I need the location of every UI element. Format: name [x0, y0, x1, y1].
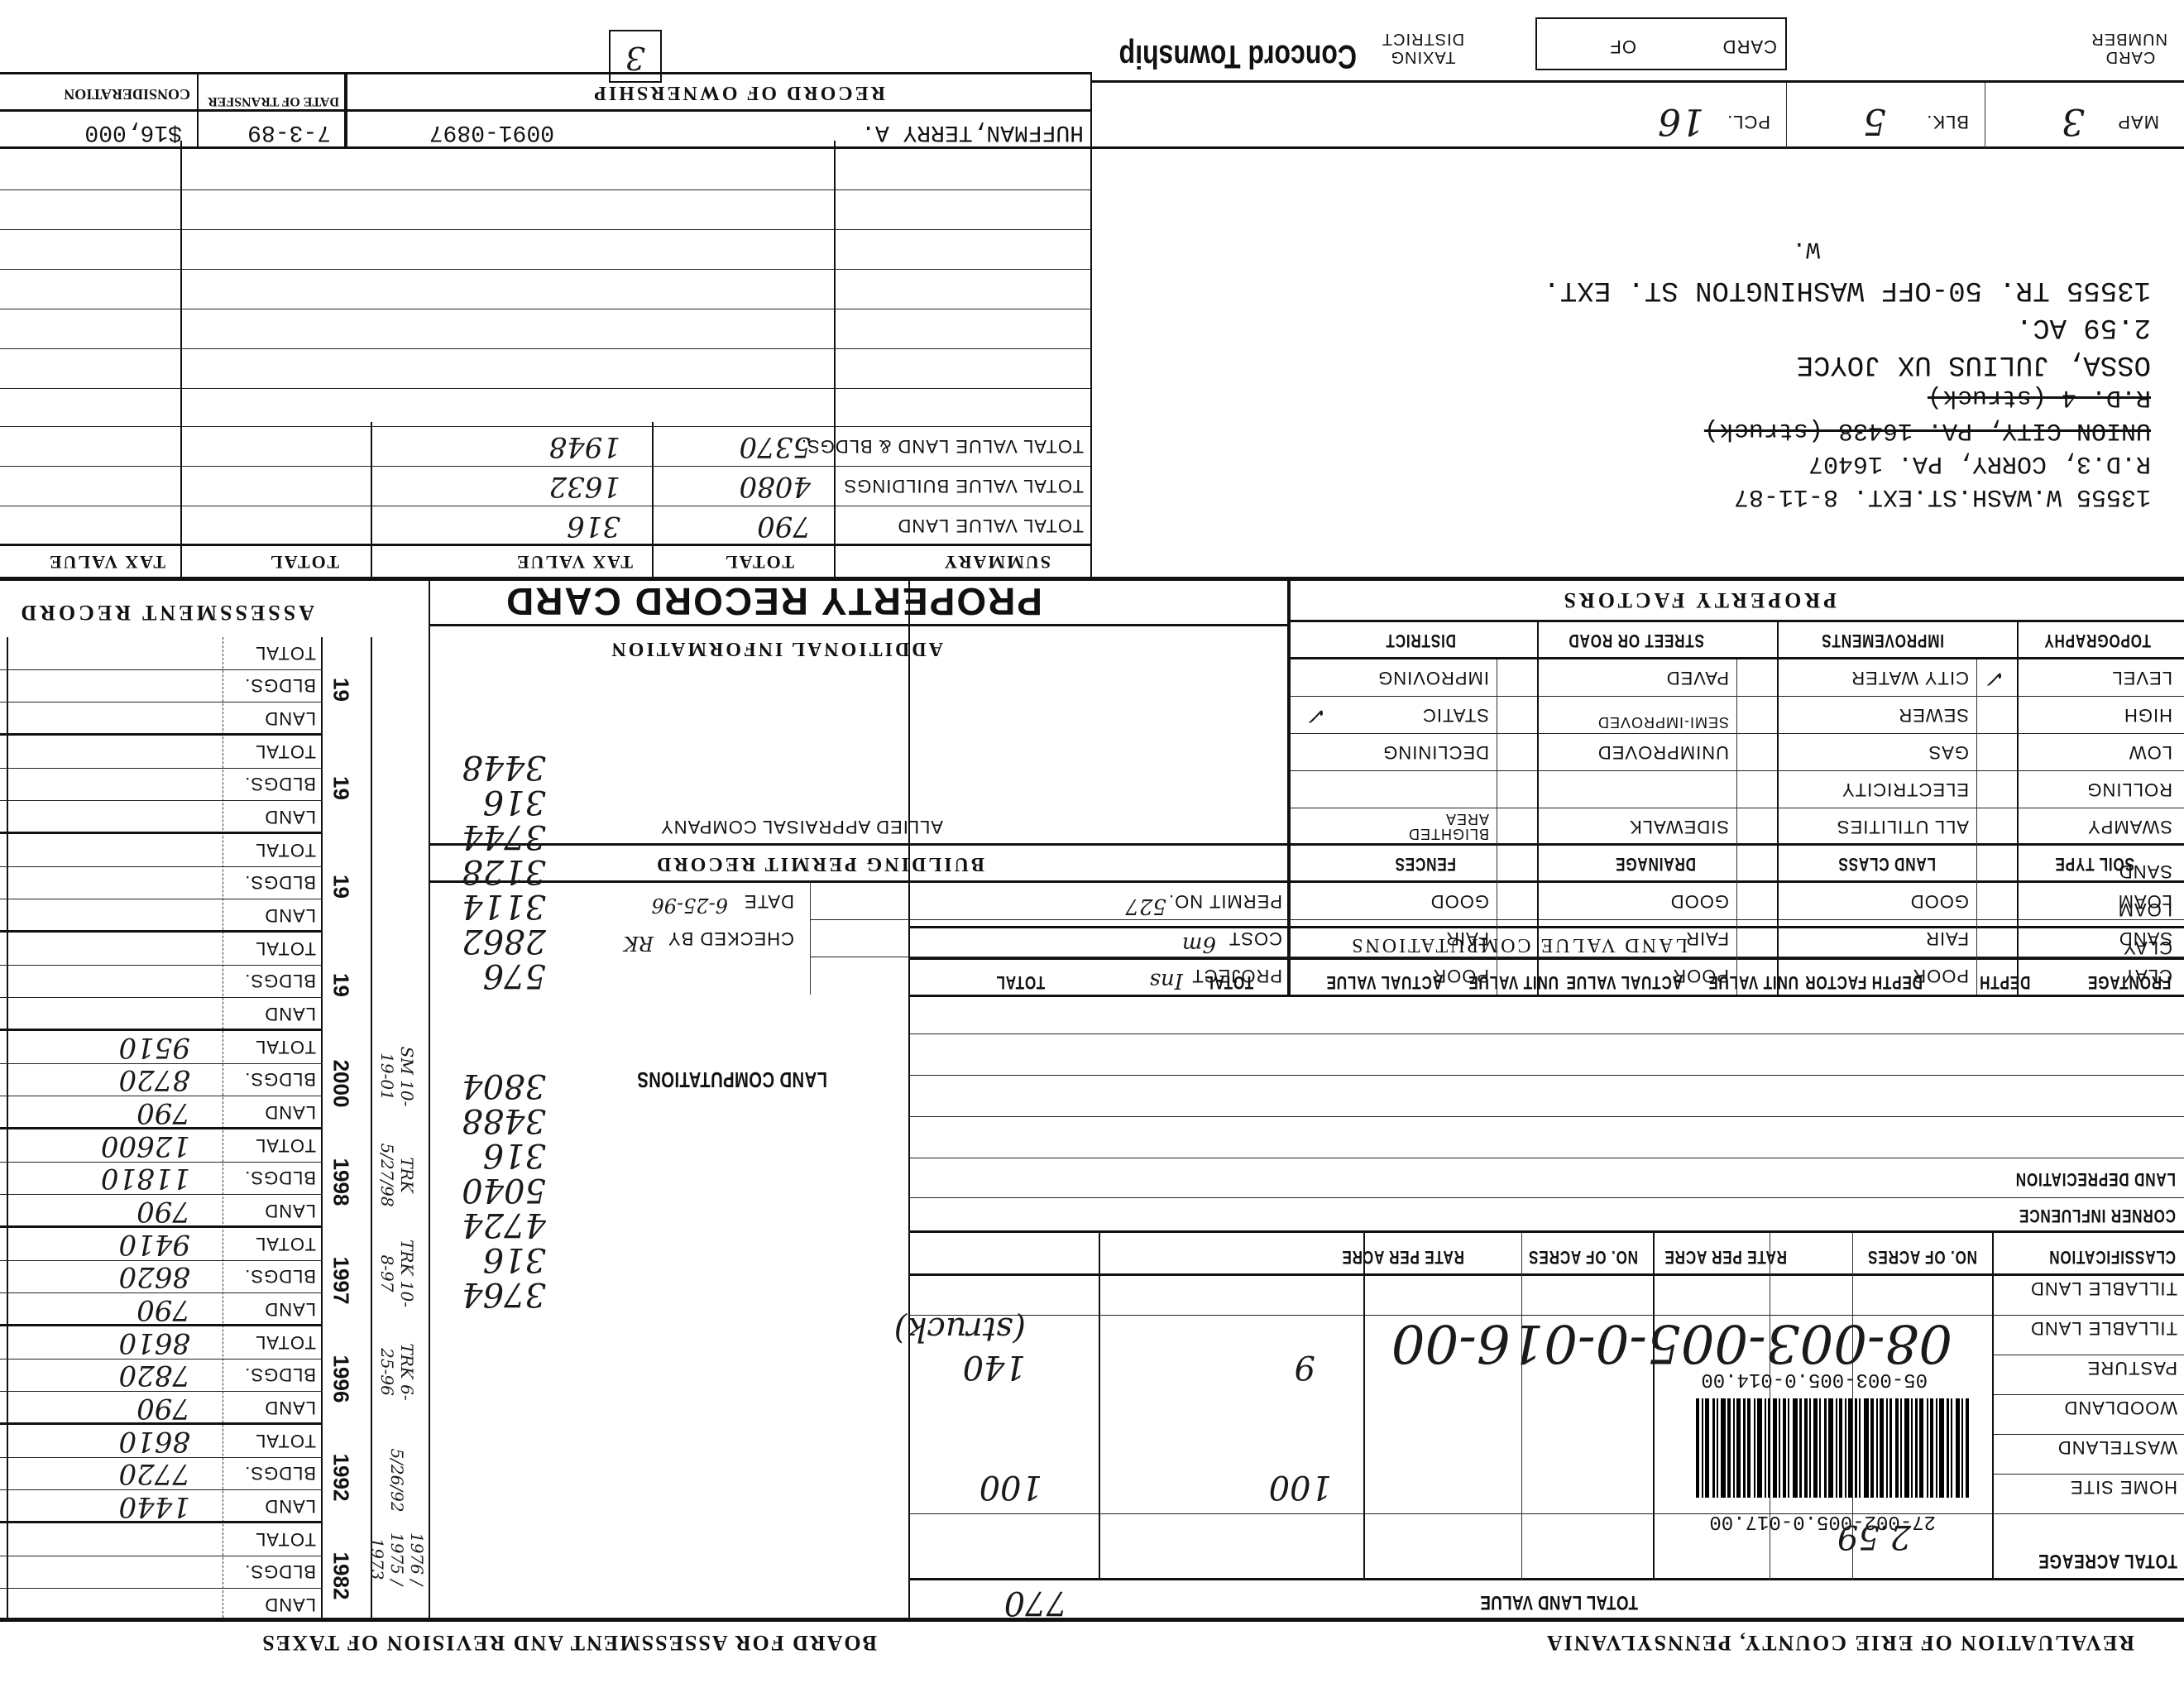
owner-line-4-struck: R.D. 4 (struck) [1928, 381, 2151, 414]
home-site-value-2: 100 [1269, 1468, 1332, 1506]
top-row-value: 770 [1004, 1584, 1067, 1622]
land-computations-values-lower: 576 2862 3114 3128 3744 316 3448 [462, 750, 546, 993]
road-sidewalk: SIDEWALK [1629, 816, 1729, 837]
land-class-poor: POOR [1912, 965, 1969, 986]
land-comp-value: 316 [462, 1138, 546, 1172]
assessment-row-label: LAND [264, 1298, 316, 1320]
land-comp-value: 3744 [462, 819, 546, 854]
property-factors-title: PROPERTY FACTORS [1561, 587, 1837, 612]
drainage-poor: POOR [1672, 965, 1729, 986]
assessment-row-label: BLDGS. [244, 675, 316, 697]
fences-fair: FAIR [1445, 928, 1489, 949]
assessment-row-label: TOTAL [255, 1331, 316, 1353]
date-of-transfer-header: DATE OF TRANSFER [207, 94, 339, 108]
assessment-row-label: LAND [264, 1495, 316, 1517]
total-value-land-label: TOTAL VALUE LAND [898, 515, 1084, 536]
pasture-struck-value: 140 (struck) [894, 1310, 1026, 1386]
assessment-row-label: LAND [264, 904, 316, 926]
district-improving: IMPROVING [1377, 667, 1489, 688]
checked-by-value: RK [624, 932, 654, 955]
owner-record-consideration: $16,000 [84, 119, 182, 145]
land-comp-value: 316 [462, 784, 546, 819]
assessment-row-label: TOTAL [255, 1528, 316, 1550]
assessment-total-value: 8610 [118, 1326, 190, 1360]
assessment-record-title: ASSESSMENT RECORD [17, 600, 314, 625]
summary-tax-value-header-1: TAX VALUE [48, 551, 165, 573]
assessment-row-label: TOTAL [255, 741, 316, 762]
permit-no-label: PERMIT NO. [1168, 890, 1282, 912]
tillable-land-label-1: TILLABLE LAND [2030, 1317, 2177, 1339]
fences-header: FENCES [1395, 853, 1456, 875]
assessment-row-label: BLDGS. [244, 971, 316, 992]
land-comp-value: 4724 [462, 1207, 546, 1242]
drainage-good: GOOD [1670, 890, 1729, 912]
woodland-label: WOODLAND [2063, 1397, 2177, 1418]
assessment-row-label: BLDGS. [244, 774, 316, 795]
land-comp-value: 3128 [462, 854, 546, 889]
assessment-year: 1997 [328, 1256, 354, 1306]
assessment-year-block: LANDBLDGS.TOTAL19 [0, 933, 430, 1031]
map-label: MAP [2117, 111, 2159, 132]
land-computations-title: LAND COMPUTATIONS [637, 1067, 827, 1092]
land-class-good: GOOD [1910, 890, 1969, 912]
owner-line-3-struck: UNION CITY, PA. 16438 (struck) [1704, 414, 2151, 447]
total-acreage-label: TOTAL ACREAGE [2038, 1549, 2177, 1572]
land-comp-value: 2862 [462, 923, 546, 958]
summary-table: TAX VALUE TOTAL TAX VALUE TOTAL SUMMARY … [0, 414, 1092, 579]
tillable-land-label-2: TILLABLE LAND [2030, 1278, 2177, 1299]
summary-header: SUMMARY [942, 551, 1051, 573]
assessment-row-label: TOTAL [255, 1430, 316, 1451]
assessment-bldgs-value: 7720 [118, 1458, 190, 1491]
permit-section: PROJECT Ins COST 6m PERMIT NO. 527 CHECK… [430, 581, 1291, 995]
assessment-year-block: LANDBLDGS.TOTAL19821976 / 1975 / 1973 [0, 1523, 430, 1622]
classification-header: CLASSIFICATION [2048, 1246, 2176, 1268]
ownership-grid [0, 141, 1092, 422]
assessment-land-value: 790 [136, 1293, 190, 1326]
assessment-year-block: LAND790BLDGS.11810TOTAL126001998TRK 5/27… [0, 1129, 430, 1228]
owner-direction: W. [1792, 232, 1820, 265]
impr-sewer: SEWER [1898, 704, 1969, 726]
taxing-district-value: Concord Township [1119, 37, 1357, 74]
assessment-row-label: TOTAL [255, 1134, 316, 1156]
card-of-box: CARD OF [1535, 17, 1787, 70]
summary-total-header-1: TOTAL [269, 551, 339, 573]
map-value: 3 [2062, 100, 2085, 142]
topo-level: LEVEL [2112, 667, 2173, 688]
blk-label: BLK. [1926, 111, 1969, 132]
land-comp-value: 5040 [462, 1172, 546, 1207]
improvements-header: IMPROVEMENTS [1821, 630, 1944, 651]
total-land-value-label: TOTAL LAND VALUE [1480, 1590, 1638, 1614]
summary-tax-value-header-2: TAX VALUE [515, 551, 633, 573]
consideration-header: CONSIDERATION [64, 85, 190, 103]
land-comp-value: 3448 [462, 750, 546, 784]
land-depreciation-label: LAND DEPRECIATION [2015, 1168, 2176, 1190]
checked-by-label: CHECKED BY [668, 928, 794, 949]
pcl-label: PCL. [1727, 111, 1770, 132]
assessment-row-label: BLDGS. [244, 1266, 316, 1288]
assessment-row-label: BLDGS. [244, 1069, 316, 1091]
assessment-row-label: TOTAL [255, 642, 316, 664]
owner-line-1: 13555 W.WASH.ST.EXT. 8-11-87 [1734, 480, 2151, 513]
parcel-footer: MAP 3 BLK. 5 PCL. 16 CARD NUMBER CARD OF… [1092, 0, 2184, 182]
topo-rolling: ROLLING [2086, 779, 2172, 800]
assessment-row-label: LAND [264, 1101, 316, 1123]
road-unimproved: UNIMPROVED [1597, 741, 1729, 763]
assessment-row-label: BLDGS. [244, 1463, 316, 1484]
assessment-year: 1996 [328, 1355, 354, 1404]
assessment-note: SM 10-19-01 [377, 1035, 417, 1118]
assessment-year-block: LANDBLDGS.TOTAL19 [0, 637, 430, 736]
rate-per-acre-header-1: RATE PER ACRE [1664, 1246, 1787, 1268]
assessment-note: TRK 6-25-96 [377, 1331, 417, 1413]
drainage-fair: FAIR [1685, 928, 1729, 949]
land-class-fair: FAIR [1925, 928, 1969, 949]
impr-city-water: CITY WATER [1851, 667, 1969, 688]
assessment-row-label: LAND [264, 1594, 316, 1615]
total-value-land-total: 790 [757, 510, 811, 543]
assessment-row-label: TOTAL [255, 839, 316, 861]
pcl-value: 16 [1658, 100, 1704, 142]
topo-high: HIGH [2124, 704, 2172, 726]
assessment-row-label: LAND [264, 1003, 316, 1024]
land-comp-value: 3764 [462, 1277, 546, 1312]
owner-record-date: 7-3-89 [247, 119, 331, 145]
assessment-row-label: LAND [264, 1397, 316, 1418]
fences-poor: POOR [1432, 965, 1489, 986]
cost-label: COST [1228, 928, 1282, 949]
total-value-buildings-tax: 1632 [548, 470, 620, 503]
project-value: Ins [1150, 968, 1183, 993]
land-comp-value: 3804 [462, 1068, 546, 1103]
taxing-district-label: TAXING DISTRICT [1373, 30, 1473, 66]
assessment-year-block: LANDBLDGS.TOTAL19 [0, 736, 430, 834]
assessment-year-block: LANDBLDGS.TOTAL19 [0, 834, 430, 933]
topo-level-check: ✓ [1987, 665, 2006, 693]
land-computations-values: 3764 316 4724 5040 316 3488 3804 [462, 1068, 546, 1312]
wasteland-label: WASTELAND [2057, 1436, 2177, 1458]
date-value: 6-25-96 [651, 894, 728, 917]
record-of-ownership-title: RECORD OF OWNERSHIP [591, 81, 885, 103]
soil-clay-label: CLAY [2123, 965, 2172, 986]
owner-property-address: 13555 TR. 50-OFF WASHINGTON ST. EXT. [1543, 273, 2151, 306]
assessment-row-label: BLDGS. [244, 1168, 316, 1189]
assessment-note: 1976 / 1975 / 1973 [367, 1518, 427, 1600]
assessment-note: 5/26/92 [387, 1439, 407, 1522]
district-static-check: ✓ [1309, 703, 1328, 730]
assessment-note: TRK 10-8-97 [377, 1232, 417, 1315]
assessment-bldgs-value: 8620 [118, 1261, 190, 1294]
card-label: CARD [1722, 36, 1777, 57]
drainage-header: DRAINAGE [1615, 853, 1696, 875]
assessment-year: 1992 [328, 1453, 354, 1503]
land-comp-value: 3114 [462, 889, 546, 923]
assessment-land-value: 790 [136, 1195, 190, 1228]
assessment-year: 19 [328, 665, 354, 715]
property-record-card-title: PROPERTY RECORD CARD [505, 579, 1042, 624]
road-semi-improved: SEMI-IMPROVED [1580, 715, 1729, 730]
home-site-label: HOME SITE [2070, 1476, 2177, 1498]
assessment-year-block: LAND790BLDGS.8720TOTAL95102000SM 10-19-0… [0, 1031, 430, 1129]
assessment-land-value: 1440 [118, 1490, 190, 1523]
assessment-row-label: TOTAL [255, 1233, 316, 1254]
assessment-row-label: TOTAL [255, 1036, 316, 1057]
impr-gas: GAS [1928, 741, 1969, 763]
assessment-year: 1982 [328, 1551, 354, 1601]
revaluation-title: REVALUATION OF ERIE COUNTY, PENNSYLVANIA [1545, 1630, 2134, 1655]
project-label: PROJECT [1191, 965, 1282, 986]
of-label: OF [1609, 36, 1636, 57]
district-static: STATIC [1422, 704, 1489, 726]
assessment-note: TRK 5/27/98 [377, 1134, 417, 1216]
assessment-row-label: TOTAL [255, 938, 316, 959]
assessment-row-label: LAND [264, 707, 316, 729]
assessment-year: 2000 [328, 1059, 354, 1109]
additional-information-title: ADDITIONAL INFORMATION [609, 637, 943, 659]
property-record-card: REVALUATION OF ERIE COUNTY, PENNSYLVANIA… [0, 0, 2184, 1688]
assessment-bldgs-value: 11810 [101, 1163, 190, 1196]
land-comp-value: 316 [462, 1242, 546, 1277]
assessment-total-value: 9410 [118, 1228, 190, 1261]
land-computations-section: LAND COMPUTATIONS 3764 316 4724 5040 316… [430, 993, 910, 1622]
total-value-buildings-label: TOTAL VALUE BUILDINGS [844, 475, 1084, 496]
building-permit-title: BUILDING PERMIT RECORD [654, 852, 984, 875]
soil-sand-label: SAND [2119, 928, 2172, 949]
home-site-value: 100 [979, 1468, 1042, 1506]
assessment-row-label: BLDGS. [244, 1561, 316, 1583]
impr-all-utilities: ALL UTILITIES [1837, 816, 1969, 837]
allied-appraisal-company: ALLIED APPRAISAL COMPANY [660, 816, 943, 837]
assessment-land-value: 790 [136, 1392, 190, 1425]
total-acreage-value: 2.59 [1837, 1518, 1911, 1556]
no-of-acres-header-1: NO. OF ACRES [1867, 1246, 1977, 1268]
owner-acreage: 2.59 AC. [2016, 310, 2151, 343]
assessment-land-value: 790 [136, 1096, 190, 1129]
assessment-row-label: BLDGS. [244, 1364, 316, 1386]
road-paved: PAVED [1666, 667, 1729, 688]
district-declining: DECLINING [1382, 741, 1489, 763]
pasture-value: 9 [1295, 1348, 1315, 1386]
pasture-label: PASTURE [2087, 1357, 2177, 1379]
assessment-year-block: LAND1440BLDGS.7720TOTAL861019925/26/92 [0, 1425, 430, 1523]
total-value-land-tax: 316 [567, 510, 620, 543]
assessment-year-block: LAND790BLDGS.8620TOTAL94101997TRK 10-8-9… [0, 1228, 430, 1326]
total-value-land-bldgs-tax: 1948 [548, 430, 620, 463]
corner-influence-label: CORNER INFLUENCE [2019, 1205, 2176, 1226]
assessment-year: 19 [328, 862, 354, 912]
parcel-barcode [1539, 1398, 1969, 1498]
assessment-bldgs-value: 7820 [118, 1360, 190, 1393]
owner-record-name: HUFFMAN,TERRY A. [861, 119, 1084, 145]
soil-loam-label: LOAM [2118, 890, 2172, 912]
district-blighted-area: BLIGHTED AREA [1365, 812, 1489, 842]
assessment-year: 19 [328, 961, 354, 1010]
topography-header: TOPOGRAPHY [2043, 630, 2151, 651]
topo-swampy: SWAMPY [2087, 816, 2172, 837]
assessment-year: 19 [328, 764, 354, 813]
total-value-land-bldgs-label: TOTAL VALUE LAND & BLDGS. [801, 435, 1084, 457]
total-value-buildings-total: 4080 [739, 470, 811, 503]
district-header: DISTRICT [1386, 630, 1456, 651]
topo-low: LOW [2129, 741, 2172, 763]
summary-total-header-2: TOTAL [724, 551, 794, 573]
assessment-row-label: BLDGS. [244, 872, 316, 894]
assessment-total-value: 12600 [101, 1129, 190, 1163]
parcel-id-handwritten: 08-003-005-0-016-00 [1391, 1312, 1952, 1374]
owner-name: OSSA, JULIUS UX JOYCE [1797, 348, 2151, 381]
board-title: BOARD FOR ASSESSMENT AND REVISION OF TAX… [261, 1630, 877, 1655]
date-label: DATE [744, 890, 794, 912]
assessment-total-value: 8610 [118, 1425, 190, 1458]
owner-record-deed: 0091-0897 [429, 119, 554, 145]
assessment-year: 1998 [328, 1158, 354, 1207]
district-number: 3 [625, 40, 645, 76]
land-class-header: LAND CLASS [1838, 853, 1936, 875]
district-number-box: 3 [609, 30, 662, 83]
blk-value: 5 [1863, 100, 1886, 142]
rate-per-acre-header-2: RATE PER ACRE [1342, 1246, 1464, 1268]
owner-line-2: R.D.3, CORRY, PA. 16407 [1808, 447, 2151, 480]
cost-value: 6m [1182, 932, 1216, 957]
fences-good: GOOD [1430, 890, 1489, 912]
permit-no-value: 527 [1125, 894, 1166, 918]
no-of-acres-header-2: NO. OF ACRES [1528, 1246, 1638, 1268]
assessment-row-label: LAND [264, 806, 316, 827]
land-comp-value: 3488 [462, 1103, 546, 1138]
assessment-row-label: LAND [264, 1200, 316, 1221]
impr-electricity: ELECTRICITY [1842, 779, 1969, 800]
assessment-total-value: 9510 [118, 1031, 190, 1064]
land-comp-value: 576 [462, 958, 546, 993]
card-number-label: CARD NUMBER [2093, 30, 2167, 66]
assessment-year-block: LAND790BLDGS.7820TOTAL86101996TRK 6-25-9… [0, 1326, 430, 1425]
street-or-road-header: STREET OR ROAD [1569, 630, 1704, 651]
total-value-land-bldgs-total: 5370 [739, 430, 811, 463]
ownership-record: HUFFMAN,TERRY A. 0091-0897 7-3-89 $16,00… [0, 74, 1092, 149]
assessment-bldgs-value: 8720 [118, 1064, 190, 1097]
soil-type-header: SOIL TYPE [2055, 853, 2134, 875]
